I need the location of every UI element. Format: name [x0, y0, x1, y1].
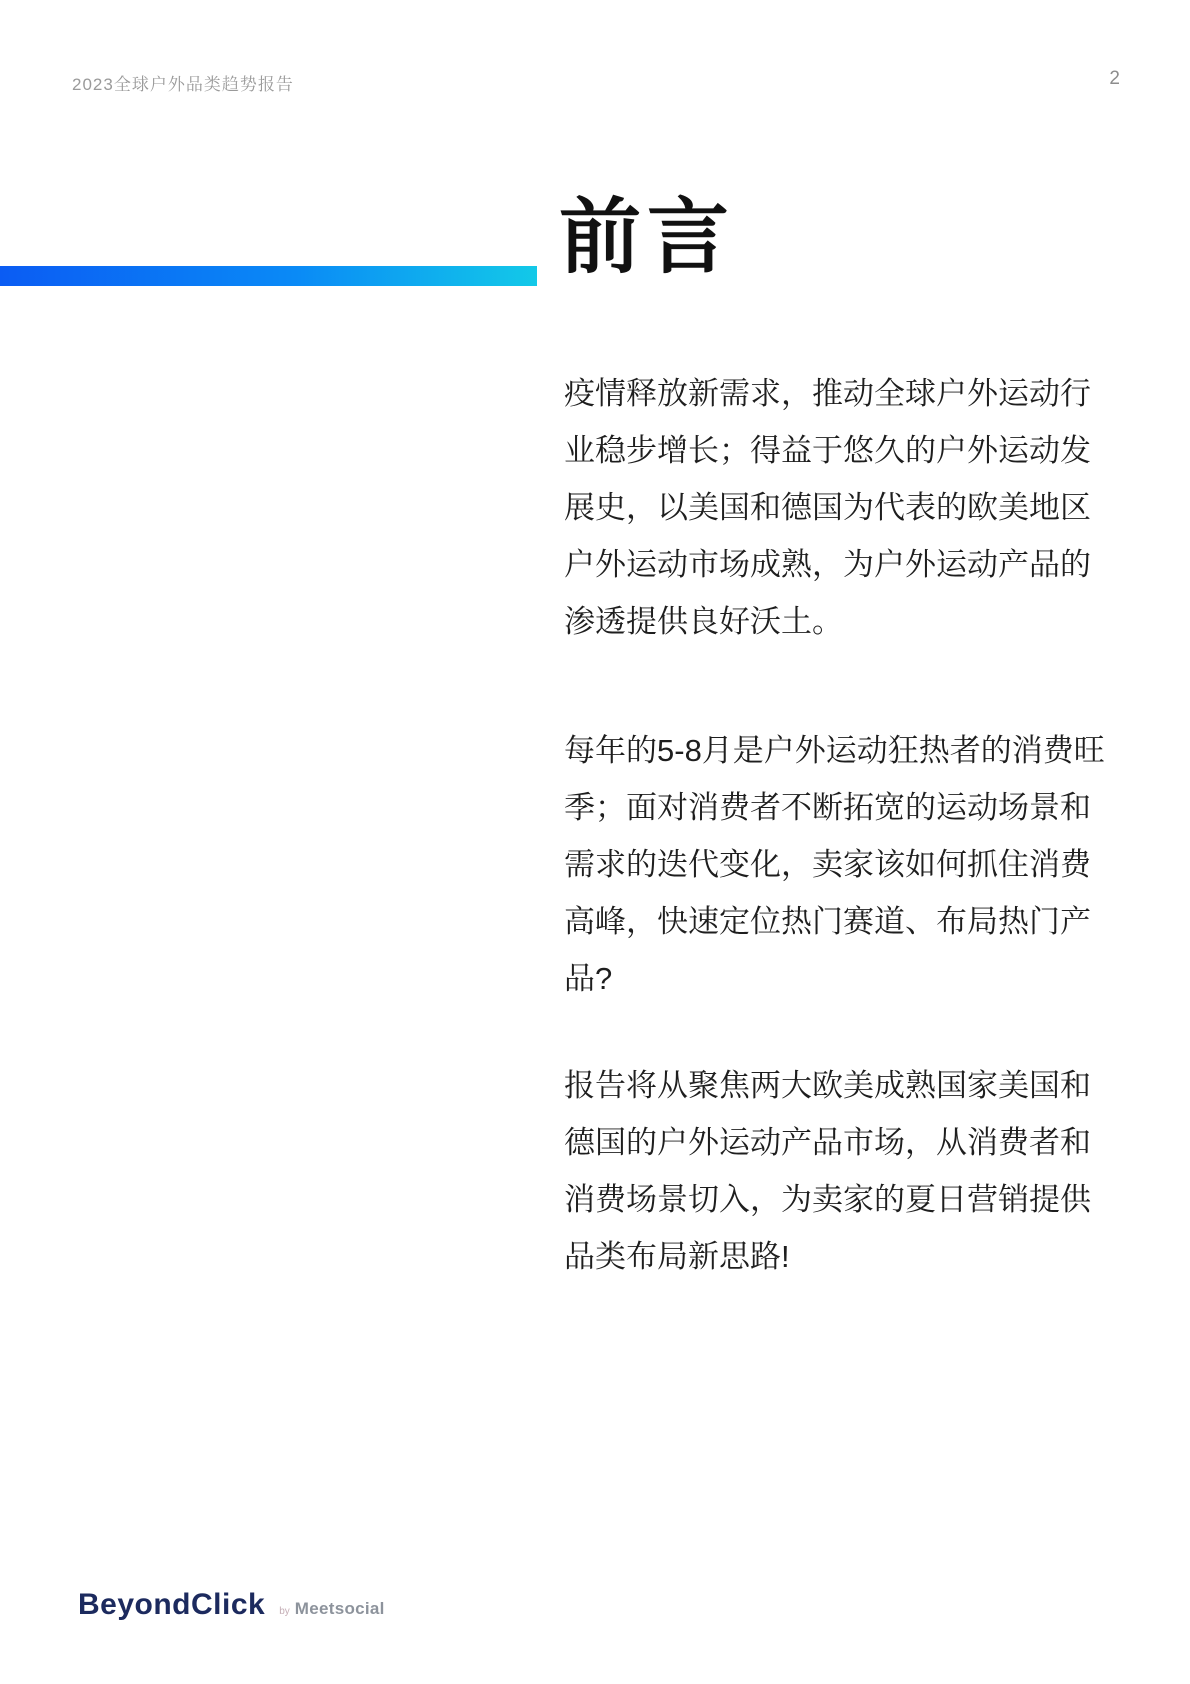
decorative-gradient-bar	[0, 266, 537, 286]
section-title: 前言	[559, 188, 735, 288]
paragraph-line: 品?	[564, 950, 1084, 1007]
paragraph-2: 每年的5-8月是户外运动狂热者的消费旺 季；面对消费者不断拓宽的运动场景和 需求…	[564, 722, 1084, 1007]
footer-logo: BeyondClick by Meetsocial	[78, 1588, 385, 1622]
beyondclick-logo: BeyondClick	[78, 1588, 265, 1622]
report-header-title: 2023全球户外品类趋势报告	[72, 70, 294, 95]
logo-by-text: by	[279, 1606, 290, 1617]
paragraph-line: 业稳步增长；得益于悠久的户外运动发	[564, 422, 1084, 479]
page-number: 2	[1109, 68, 1120, 90]
paragraph-line: 展史，以美国和德国为代表的欧美地区	[564, 479, 1084, 536]
paragraph-line: 德国的户外运动产品市场，从消费者和	[564, 1114, 1084, 1171]
report-page: 2023全球户外品类趋势报告 2 前言 疫情释放新需求，推动全球户外运动行 业稳…	[0, 0, 1190, 1684]
paragraph-line: 渗透提供良好沃土。	[564, 593, 1084, 650]
paragraph-line: 需求的迭代变化，卖家该如何抓住消费	[564, 836, 1084, 893]
meetsocial-logo: Meetsocial	[295, 1599, 385, 1619]
paragraph-line: 报告将从聚焦两大欧美成熟国家美国和	[564, 1057, 1084, 1114]
paragraph-1: 疫情释放新需求，推动全球户外运动行 业稳步增长；得益于悠久的户外运动发 展史，以…	[564, 365, 1084, 650]
paragraph-line: 疫情释放新需求，推动全球户外运动行	[564, 365, 1084, 422]
paragraph-line: 品类布局新思路!	[564, 1228, 1084, 1285]
paragraph-line: 高峰，快速定位热门赛道、布局热门产	[564, 893, 1084, 950]
paragraph-line: 消费场景切入，为卖家的夏日营销提供	[564, 1171, 1084, 1228]
paragraph-line: 每年的5-8月是户外运动狂热者的消费旺	[564, 722, 1084, 779]
paragraph-line: 户外运动市场成熟，为户外运动产品的	[564, 536, 1084, 593]
paragraph-line: 季；面对消费者不断拓宽的运动场景和	[564, 779, 1084, 836]
paragraph-3: 报告将从聚焦两大欧美成熟国家美国和 德国的户外运动产品市场，从消费者和 消费场景…	[564, 1057, 1084, 1285]
